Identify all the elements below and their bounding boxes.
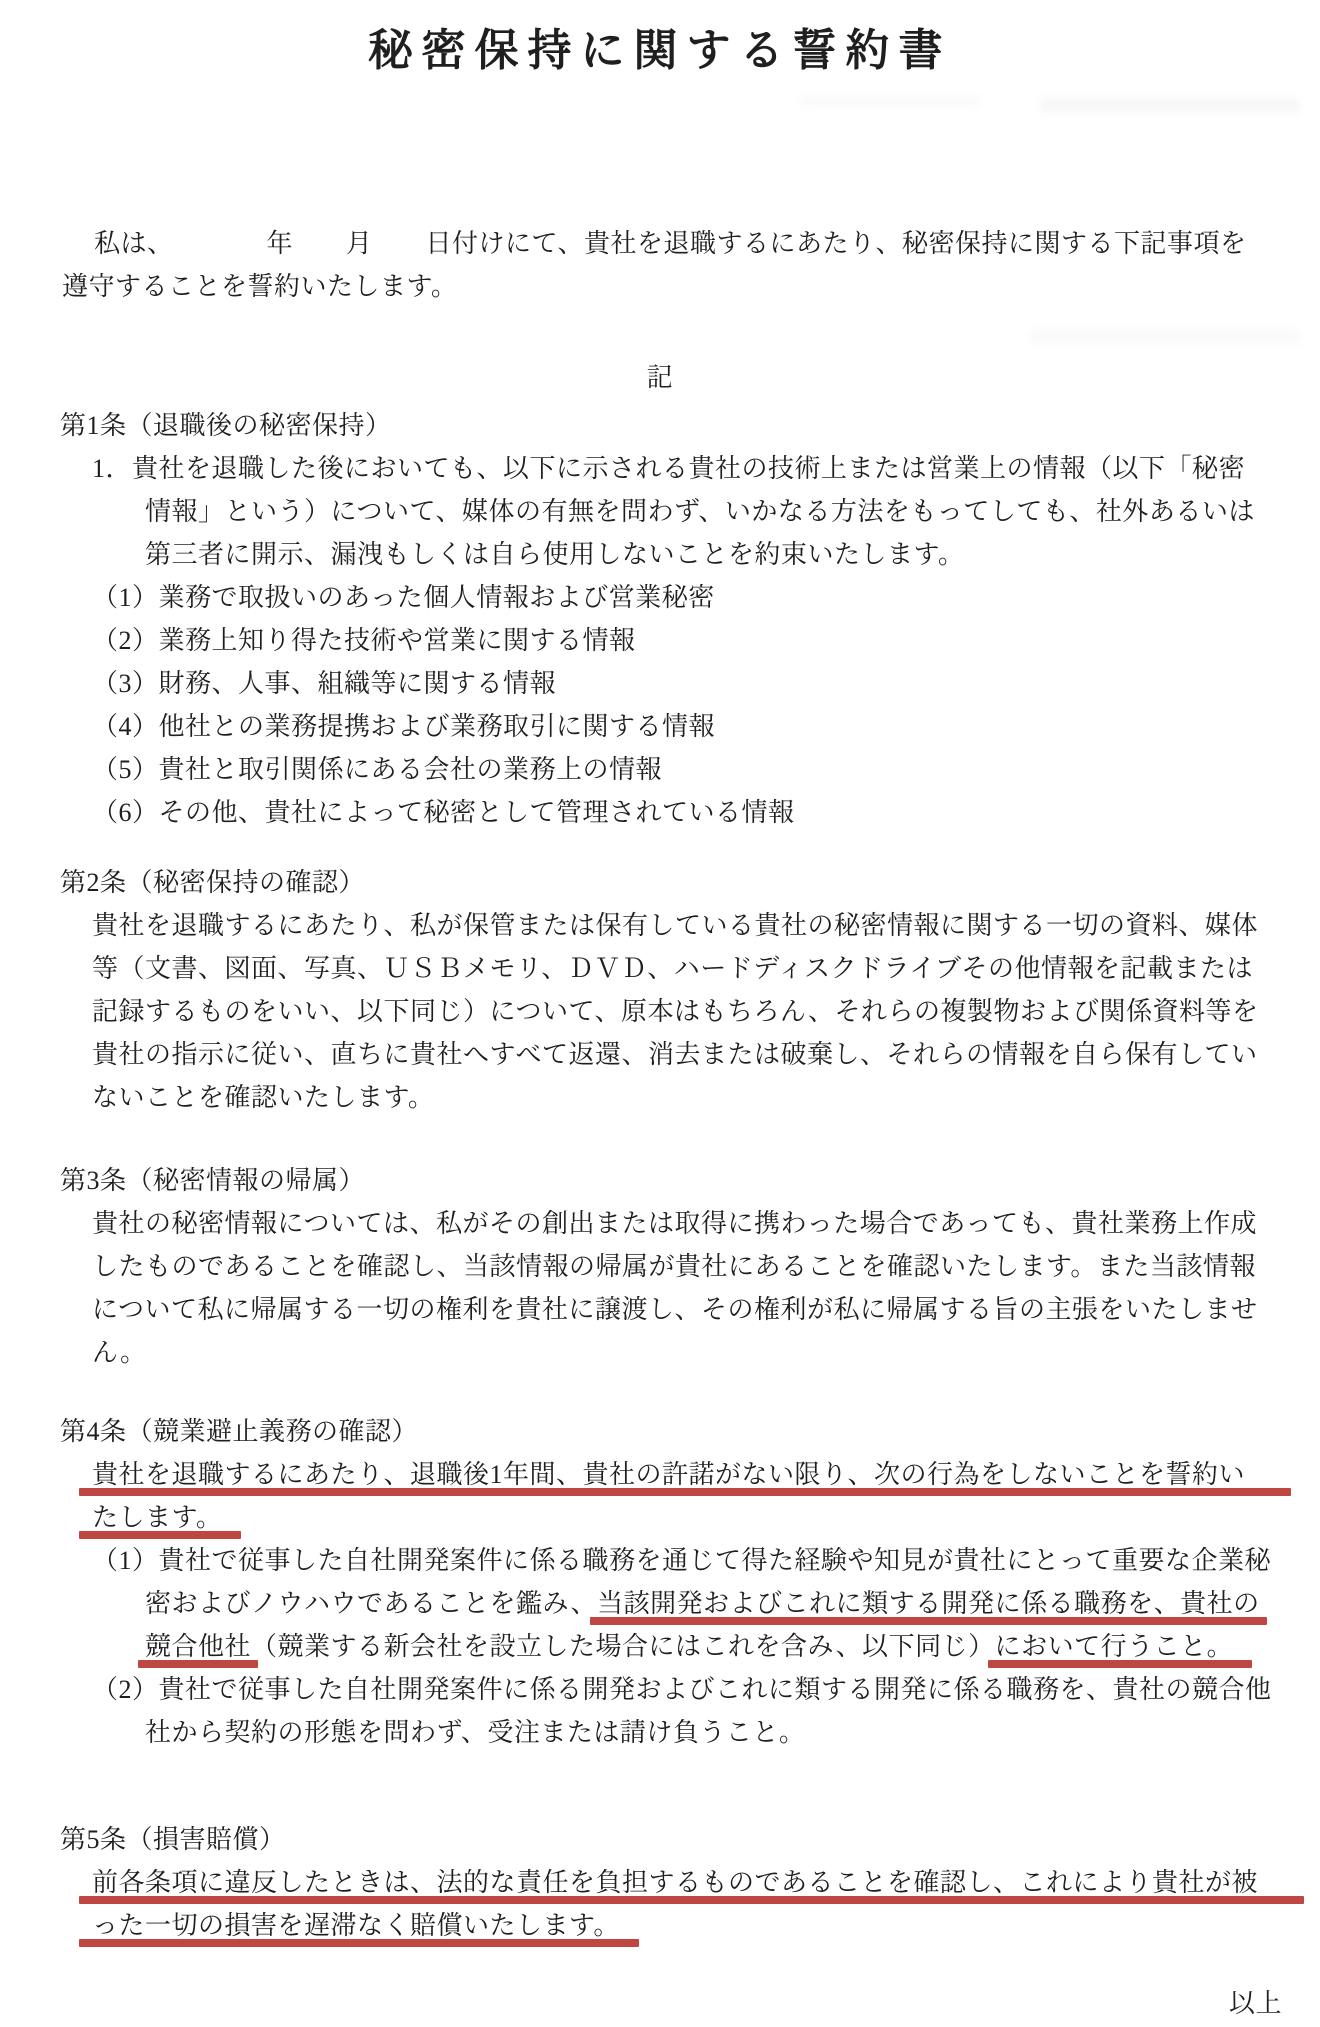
closing-mark: 以上 xyxy=(0,1982,1320,2025)
red-underlined-text: った一切の損害を遅滞なく賠償いたします。 xyxy=(92,1911,620,1940)
red-underlined-text: 前各条項に違反したときは、法的な責任を負担するものであることを確認し、これにより… xyxy=(92,1868,1258,1897)
clause-1-subitem: （1）業務で取扱いのあった個人情報および営業秘密 xyxy=(0,576,1320,619)
clause-5-line: 前各条項に違反したときは、法的な責任を負担するものであることを確認し、これにより… xyxy=(0,1861,1320,1904)
clause-4-heading: 第4条（競業避止義務の確認） xyxy=(0,1410,1320,1453)
red-underlined-text: 貴社を退職するにあたり、退職後1年間、貴社の許諾がない限り、次の行為をしないこと… xyxy=(92,1460,1245,1489)
pledge-document-page: 秘密保持に関する誓約書 私は、 年 月 日付けにて、貴社を退職するにあたり、秘密… xyxy=(0,0,1320,2027)
clause-1-subitem: （2）業務上知り得た技術や営業に関する情報 xyxy=(0,619,1320,662)
red-underlined-text: 競合他社 xyxy=(145,1632,251,1661)
clause-2-heading: 第2条（秘密保持の確認） xyxy=(0,861,1320,904)
red-underlined-text: たします。 xyxy=(92,1503,222,1532)
clause-3-line: ん。 xyxy=(0,1331,1320,1374)
clause-1-item-line: 情報」という）について、媒体の有無を問わず、いかなる方法をもってしても、社外ある… xyxy=(0,490,1320,533)
clause-2-line: 記録するものをいい、以下同じ）について、原本はもちろん、それらの複製物および関係… xyxy=(0,990,1320,1033)
clause-4-item-line: 社から契約の形態を問わず、受注または請け負うこと。 xyxy=(0,1711,1320,1754)
page-title: 秘密保持に関する誓約書 xyxy=(0,0,1320,80)
plain-text: （競業する新会社を設立した場合にはこれを含み、以下同じ） xyxy=(251,1632,995,1661)
clause-4-pledge-line: 貴社を退職するにあたり、退職後1年間、貴社の許諾がない限り、次の行為をしないこと… xyxy=(0,1453,1320,1496)
clause-2-line: 貴社を退職するにあたり、私が保管または保有している貴社の秘密情報に関する一切の資… xyxy=(0,904,1320,947)
scan-artifact xyxy=(800,96,980,108)
clause-3-line: したものであることを確認し、当該情報の帰属が貴社にあることを確認いたします。また… xyxy=(0,1245,1320,1288)
clause-3-heading: 第3条（秘密情報の帰属） xyxy=(0,1159,1320,1202)
opening-line: 遵守することを誓約いたします。 xyxy=(0,265,1320,308)
red-underlined-text: 当該開発およびこれに類する開発に係る職務を、貴社の xyxy=(597,1589,1260,1618)
clause-4-item-line: 競合他社（競業する新会社を設立した場合にはこれを含み、以下同じ）において行うこと… xyxy=(0,1625,1320,1668)
clause-3-line: について私に帰属する一切の権利を貴社に譲渡し、その権利が私に帰属する旨の主張をい… xyxy=(0,1288,1320,1331)
clause-1-item-line: 第三者に開示、漏洩もしくは自ら使用しないことを約束いたします。 xyxy=(0,533,1320,576)
clause-5-line: った一切の損害を遅滞なく賠償いたします。 xyxy=(0,1904,1320,1947)
clause-4-pledge-line: たします。 xyxy=(0,1496,1320,1539)
clause-4-item-line: （1）貴社で従事した自社開発案件に係る職務を通じて得た経験や知見が貴社にとって重… xyxy=(0,1539,1320,1582)
clause-2-line: ないことを確認いたします。 xyxy=(0,1076,1320,1119)
clause-1-subitem: （4）他社との業務提携および業務取引に関する情報 xyxy=(0,705,1320,748)
clause-4-item-line: 密およびノウハウであることを鑑み、当該開発およびこれに類する開発に係る職務を、貴… xyxy=(0,1582,1320,1625)
clause-1-subitem: （6）その他、貴社によって秘密として管理されている情報 xyxy=(0,791,1320,834)
clause-1-item-line: 1．貴社を退職した後においても、以下に示される貴社の技術上または営業上の情報（以… xyxy=(0,447,1320,490)
clause-4-item-line: （2）貴社で従事した自社開発案件に係る開発およびこれに類する開発に係る職務を、貴… xyxy=(0,1668,1320,1711)
clause-2-line: 貴社の指示に従い、直ちに貴社へすべて返還、消去または破棄し、それらの情報を自ら保… xyxy=(0,1033,1320,1076)
plain-text: 密およびノウハウであることを鑑み、 xyxy=(145,1589,597,1618)
scan-artifact xyxy=(1040,98,1300,114)
clause-1-heading: 第1条（退職後の秘密保持） xyxy=(0,404,1320,447)
clause-1-subitem: （5）貴社と取引関係にある会社の業務上の情報 xyxy=(0,748,1320,791)
red-underlined-text: において行うこと。 xyxy=(995,1632,1234,1661)
clause-2-line: 等（文書、図面、写真、ＵＳＢメモリ、ＤＶＤ、ハードディスクドライブその他情報を記… xyxy=(0,947,1320,990)
record-mark: 記 xyxy=(0,356,1320,399)
scan-artifact xyxy=(1030,330,1300,344)
clause-1-subitem: （3）財務、人事、組織等に関する情報 xyxy=(0,662,1320,705)
opening-line-date: 私は、 年 月 日付けにて、貴社を退職するにあたり、秘密保持に関する下記事項を xyxy=(0,222,1320,265)
clause-3-line: 貴社の秘密情報については、私がその創出または取得に携わった場合であっても、貴社業… xyxy=(0,1202,1320,1245)
clause-5-heading: 第5条（損害賠償） xyxy=(0,1818,1320,1861)
